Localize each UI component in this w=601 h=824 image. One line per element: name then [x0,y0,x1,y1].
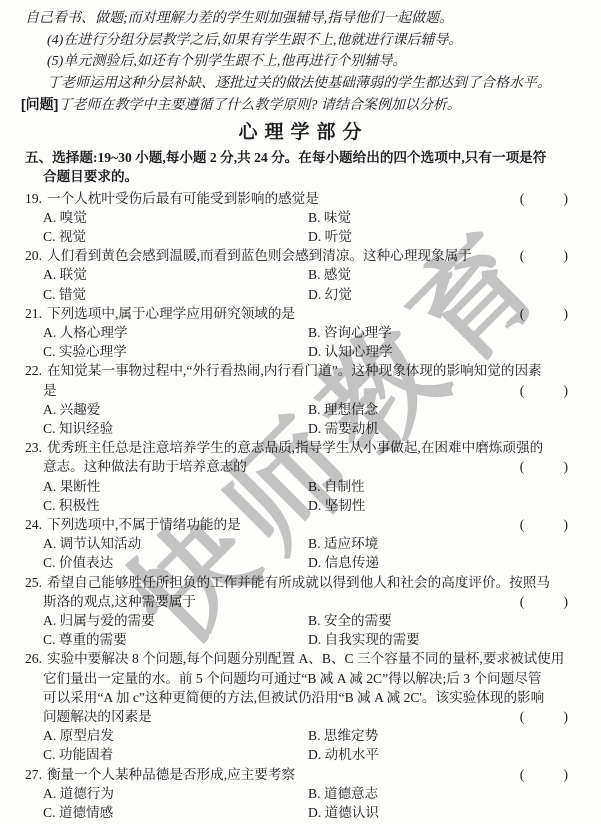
options-grid: A. 果断性 B. 自制性 C. 积极性 D. 坚韧性 [25,477,575,515]
question-stem-continued: 可以采用“A 加 c”这种更简便的方法,但被试仍沿用“B 减 A 减 2C'。该… [25,688,575,707]
option-a: A. 果断性 [43,477,308,496]
options-grid: A. 联觉 B. 感觉 C. 错觉 D. 幻觉 [25,265,575,303]
option-b: B. 感觉 [308,265,575,284]
option-c: C. 知识经验 [43,419,308,438]
option-b: B. 思维定势 [308,726,575,745]
question-27: 27.衡量一个人某种品德是否形成,应主要考察( ) A. 道德行为 B. 道德意… [25,765,575,823]
answer-bracket: ( ) [520,457,572,476]
page-content: 自己看书、做题;而对理解力差的学生则加强辅导,指导他们一起做题。 (4)在进行分… [0,0,601,822]
stem-text: 人们看到黄色会感到温暖,而看到蓝色则会感到清凉。这种心理现象属于 [47,248,472,263]
option-d: D. 认知心理学 [308,342,575,361]
question-number: 24. [25,517,42,532]
case-line: (4)在进行分组分层教学之后,如果有学生跟不上,他就进行课后辅导。 [25,30,575,52]
option-a: A. 联觉 [43,265,308,284]
option-a: A. 归属与爱的需要 [43,611,308,630]
question-number: 23. [25,440,42,455]
question-stem-continued: 是( ) [25,381,575,400]
option-d: D. 听觉 [308,227,575,246]
option-b: B. 味觉 [308,208,575,227]
case-line: 丁老师运用这种分层补缺、逐批过关的做法使基础薄弱的学生都达到了合格水平。 [25,73,575,95]
option-a: A. 人格心理学 [43,323,308,342]
options-grid: A. 调节认知活动 B. 适应环境 C. 价值表达 D. 信息传递 [25,534,575,572]
stem-text: 意志。这种做法有助于培养意志的 [43,459,247,474]
question-stem-continued: 问题解决的冈素是( ) [25,707,575,726]
instructions-line: 五、选择题:19~30 小题,每小题 2 分,共 24 分。在每小题给出的四个选… [25,148,575,168]
case-study: 自己看书、做题;而对理解力差的学生则加强辅导,指导他们一起做题。 (4)在进行分… [25,8,575,94]
question-stem: 23.优秀班主任总是注意培养学生的意志品质,指导学生从小事做起,在困难中磨炼顽强… [25,438,575,457]
options-grid: A. 嗅觉 B. 味觉 C. 视觉 D. 听觉 [25,208,575,246]
stem-text: 下列选项中,不属于情绪功能的是 [47,517,241,532]
question-number: 20. [25,248,42,263]
question-22: 22.在知觉某一事物过程中,“外行看热闹,内行看门道”。这种现象体现的影响知觉的… [25,361,575,438]
stem-text: 斯洛的观点,这种需要属于 [43,594,196,609]
option-d: D. 幻觉 [308,285,575,304]
stem-text: 一个人枕叶受伤后最有可能受到影响的感觉是 [47,191,319,206]
option-a: A. 兴趣爱 [43,400,308,419]
option-a: A. 道德行为 [43,784,308,803]
question-stem-continued: 斯洛的观点,这种需要属于( ) [25,592,575,611]
option-d: D. 需要动机 [308,419,575,438]
stem-text: 问题解决的冈素是 [43,709,152,724]
stem-text: 在知觉某一事物过程中,“外行看热闹,内行看门道”。这种现象体现的影响知觉的因素 [47,363,542,378]
question-number: 26. [25,651,42,666]
option-d: D. 自我实现的需要 [308,630,575,649]
option-c: C. 积极性 [43,496,308,515]
answer-bracket: ( ) [520,381,572,400]
options-grid: A. 道德行为 B. 道德意志 C. 道德情感 D. 道德认识 [25,784,575,822]
option-c: C. 价值表达 [43,553,308,572]
options-grid: A. 原型启发 B. 思维定势 C. 功能固着 D. 动机水平 [25,726,575,764]
question-stem: 25.希望自己能够胜任所担负的工作并能有所成就以得到他人和社会的高度评价。按照马 [25,573,575,592]
option-a: A. 嗅觉 [43,208,308,227]
option-d: D. 道德认识 [308,803,575,822]
stem-text: 衡量一个人某种品德是否形成,应主要考察 [47,767,295,782]
options-grid: A. 归属与爱的需要 B. 安全的需要 C. 尊重的需要 D. 自我实现的需要 [25,611,575,649]
option-b: B. 理想信念 [308,400,575,419]
option-b: B. 适应环境 [308,534,575,553]
answer-bracket: ( ) [520,707,572,726]
option-d: D. 动机水平 [308,745,575,764]
option-c: C. 尊重的需要 [43,630,308,649]
option-c: C. 实验心理学 [43,342,308,361]
instructions-line: 合题目要求的。 [25,167,575,187]
option-c: C. 错觉 [43,285,308,304]
case-line: (5)单元测验后,如还有个别学生跟不上,他再进行个别辅导。 [25,51,575,73]
question-stem: 20.人们看到黄色会感到温暖,而看到蓝色则会感到清凉。这种心理现象属于( ) [25,246,575,265]
question-number: 27. [25,767,42,782]
option-d: D. 坚韧性 [308,496,575,515]
question-stem-continued: 意志。这种做法有助于培养意志的( ) [25,457,575,476]
question-stem: 19.一个人枕叶受伤后最有可能受到影响的感觉是( ) [25,189,575,208]
option-a: A. 原型启发 [43,726,308,745]
answer-bracket: ( ) [520,246,572,265]
option-b: B. 安全的需要 [308,611,575,630]
question-26: 26.实验中要解决 8 个问题,每个问题分别配置 A、B、C 三个容量不同的量杯… [25,649,575,764]
stem-text: 下列选项中,属于心理学应用研究领域的是 [47,306,295,321]
question-stem-continued: 它们量出一定量的水。前 5 个问题均可通过“B 减 A 减 2C”得以解决;后 … [25,669,575,688]
question-23: 23.优秀班主任总是注意培养学生的意志品质,指导学生从小事做起,在困难中磨炼顽强… [25,438,575,515]
answer-bracket: ( ) [520,189,572,208]
question-stem: 24.下列选项中,不属于情绪功能的是( ) [25,515,575,534]
option-d: D. 信息传递 [308,553,575,572]
stem-text: 它们量出一定量的水。前 5 个问题均可通过“B 减 A 减 2C”得以解决;后 … [43,671,541,686]
answer-bracket: ( ) [520,592,572,611]
question-24: 24.下列选项中,不属于情绪功能的是( ) A. 调节认知活动 B. 适应环境 … [25,515,575,573]
option-c: C. 功能固着 [43,745,308,764]
option-a: A. 调节认知活动 [43,534,308,553]
answer-bracket: ( ) [520,304,572,323]
question-number: 21. [25,306,42,321]
question-20: 20.人们看到黄色会感到温暖,而看到蓝色则会感到清凉。这种心理现象属于( ) A… [25,246,575,304]
answer-bracket: ( ) [520,515,572,534]
stem-text: 实验中要解决 8 个问题,每个问题分别配置 A、B、C 三个容量不同的量杯,要求… [47,651,564,666]
stem-text: 优秀班主任总是注意培养学生的意志品质,指导学生从小事做起,在困难中磨炼顽强的 [47,440,543,455]
question-21: 21.下列选项中,属于心理学应用研究领域的是( ) A. 人格心理学 B. 咨询… [25,304,575,362]
question-number: 19. [25,191,42,206]
stem-text: 希望自己能够胜任所担负的工作并能有所成就以得到他人和社会的高度评价。按照马 [47,575,550,590]
case-question-text: 丁老师在教学中主要遵循了什么教学原则? 请结合案例加以分析。 [58,98,461,113]
option-c: C. 视觉 [43,227,308,246]
question-stem: 26.实验中要解决 8 个问题,每个问题分别配置 A、B、C 三个容量不同的量杯… [25,649,575,668]
question-number: 22. [25,363,42,378]
option-b: B. 道德意志 [308,784,575,803]
case-question-label: [问题] [21,96,58,112]
question-25: 25.希望自己能够胜任所担负的工作并能有所成就以得到他人和社会的高度评价。按照马… [25,573,575,650]
question-stem: 22.在知觉某一事物过程中,“外行看热闹,内行看门道”。这种现象体现的影响知觉的… [25,361,575,380]
question-19: 19.一个人枕叶受伤后最有可能受到影响的感觉是( ) A. 嗅觉 B. 味觉 C… [25,189,575,247]
case-line: 自己看书、做题;而对理解力差的学生则加强辅导,指导他们一起做题。 [25,8,575,30]
case-question: [问题]丁老师在教学中主要遵循了什么教学原则? 请结合案例加以分析。 [21,94,575,117]
question-stem: 21.下列选项中,属于心理学应用研究领域的是( ) [25,304,575,323]
option-b: B. 咨询心理学 [308,323,575,342]
question-number: 25. [25,575,42,590]
option-b: B. 自制性 [308,477,575,496]
stem-text: 可以采用“A 加 c”这种更简便的方法,但被试仍沿用“B 减 A 减 2C'。该… [43,690,544,705]
answer-bracket: ( ) [520,765,572,784]
question-stem: 27.衡量一个人某种品德是否形成,应主要考察( ) [25,765,575,784]
option-c: C. 道德情感 [43,803,308,822]
exam-page: 快师教育 自己看书、做题;而对理解力差的学生则加强辅导,指导他们一起做题。 (4… [0,0,601,824]
options-grid: A. 兴趣爱 B. 理想信念 C. 知识经验 D. 需要动机 [25,400,575,438]
stem-text: 是 [43,383,57,398]
section-instructions: 五、选择题:19~30 小题,每小题 2 分,共 24 分。在每小题给出的四个选… [25,148,575,187]
options-grid: A. 人格心理学 B. 咨询心理学 C. 实验心理学 D. 认知心理学 [25,323,575,361]
section-title: 心理学部分 [25,120,575,146]
